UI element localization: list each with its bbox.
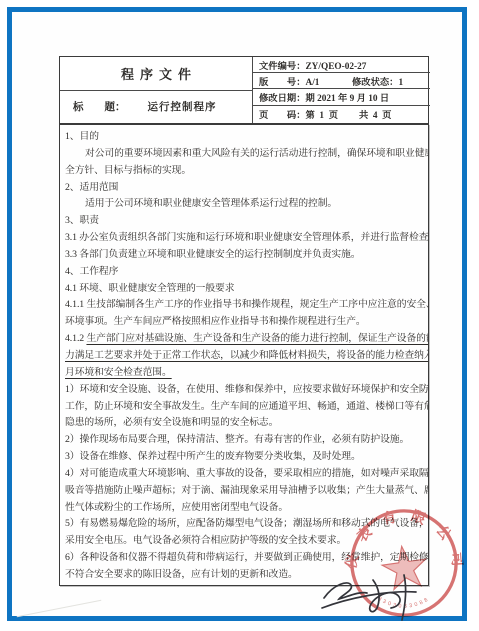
- doc-type-title: 程序文件: [115, 64, 197, 83]
- body-line: 2）操作现场布局要合理，保持清洁、整齐。有毒有害的作业，必须有防护设施。: [65, 432, 425, 449]
- body-line: 3.3 各部门负责建立环境和职业健康安全的运行控制制度并负责实施。: [65, 247, 425, 264]
- body-line: 隐患的场所，必须有安全设施和明显的安全标志。: [65, 415, 425, 432]
- body-line: 6）各种设备和仪器不得超负荷和带病运行，并要做到正确使用，经常维护，定期检修，: [65, 550, 425, 567]
- body-line: 全方针、目标与指标的实现。: [65, 163, 425, 180]
- body-line: 不符合安全要求的陈旧设备，应有计划的更新和改造。: [65, 567, 425, 584]
- body-line: 采用安全电压。电气设备必须符合相应防护等级的安全技术要求。: [65, 533, 425, 550]
- body-line: 4.1 环境、职业健康安全管理的一般要求: [65, 281, 425, 298]
- body-line: 1、目的: [65, 129, 425, 146]
- field-version-status: 版 号：A/1 修改状态：1: [253, 73, 430, 89]
- body-line: 适用于公司环境和职业健康安全管理体系运行过程的控制。: [65, 196, 425, 213]
- body-line: 4.1.2 生产部门应对基础设施、生产设备和生产设备的能力进行控制，保证生产设备…: [65, 331, 425, 348]
- body-line: 环境事项。生产车间应严格按照相应作业指导书和操作规程进行生产。: [65, 314, 425, 331]
- doc-title: 运行控制程序: [148, 99, 217, 114]
- body-text-box: 1、目的对公司的重要环境因素和重大风险有关的运行活动进行控制，确保环境和职业健康…: [59, 124, 429, 586]
- doc-type-cell: 程序文件: [60, 57, 252, 91]
- header-table: 程序文件 标 题： 运行控制程序 文件编号：ZY/QEO-02-27 版 号：A…: [59, 56, 429, 124]
- body-line: 3、职责: [65, 213, 425, 230]
- body-line: 吸音等措施防止噪声超标；对于滴、漏油现象采用导油槽予以收集；产生大量蒸气、腐蚀: [65, 483, 425, 500]
- body-line: 性气体或粉尘的工作场所，应使用密闭型电气设备。: [65, 500, 425, 517]
- body-line: 对公司的重要环境因素和重大风险有关的运行活动进行控制，确保环境和职业健康安: [65, 146, 425, 163]
- body-line: 2、适用范围: [65, 180, 425, 197]
- body-line: 3）设备在维修、保养过程中所产生的废弃物要分类收集，及时处理。: [65, 449, 425, 466]
- body-line: 4.1.1 生技部编制各生产工序的作业指导书和操作规程，规定生产工序中应注意的安…: [65, 297, 425, 314]
- body-line: 4）对可能造成重大环境影响、重大事故的设备，要采取相应的措施，如对噪声采取隔音、: [65, 466, 425, 483]
- field-page-number: 页 码：第 1 页 共 4 页: [253, 106, 430, 122]
- body-line: 月环境和安全检查范围。: [65, 365, 425, 382]
- body-lines: 1、目的对公司的重要环境因素和重大风险有关的运行活动进行控制，确保环境和职业健康…: [60, 125, 428, 584]
- body-line: 5）有易燃易爆危险的场所，应配备防爆型电气设备；潮湿场所和移动式的电气设备，应: [65, 516, 425, 533]
- body-line: 3.1 办公室负责组织各部门实施和运行环境和职业健康安全管理体系，并进行监督检查: [65, 230, 425, 247]
- body-line: 1）环境和安全设施、设备，在使用、维修和保养中，应按要求做好环境保护和安全防护: [65, 382, 425, 399]
- scanned-document-image: 程序文件 标 题： 运行控制程序 文件编号：ZY/QEO-02-27 版 号：A…: [0, 0, 479, 631]
- doc-title-cell: 标 题： 运行控制程序: [60, 91, 252, 122]
- header-left-cell: 程序文件 标 题： 运行控制程序: [60, 57, 253, 123]
- header-right-cell: 文件编号：ZY/QEO-02-27 版 号：A/1 修改状态：1 修改日期：期 …: [253, 57, 430, 123]
- body-line: 工作，防止环境和安全事故发生。生产车间的应通道平坦、畅通，通道、楼梯口等有危险: [65, 399, 425, 416]
- body-line: 力满足工艺要求并处于正常工作状态，以减少和降低材料损失，将设备的能力检查纳入每: [65, 348, 425, 365]
- field-doc-number: 文件编号：ZY/QEO-02-27: [253, 57, 430, 73]
- body-line: 4、工作程序: [65, 264, 425, 281]
- field-revision-date: 修改日期：期 2021 年 9 月 10 日: [253, 89, 430, 105]
- title-label: 标 题：: [73, 99, 126, 114]
